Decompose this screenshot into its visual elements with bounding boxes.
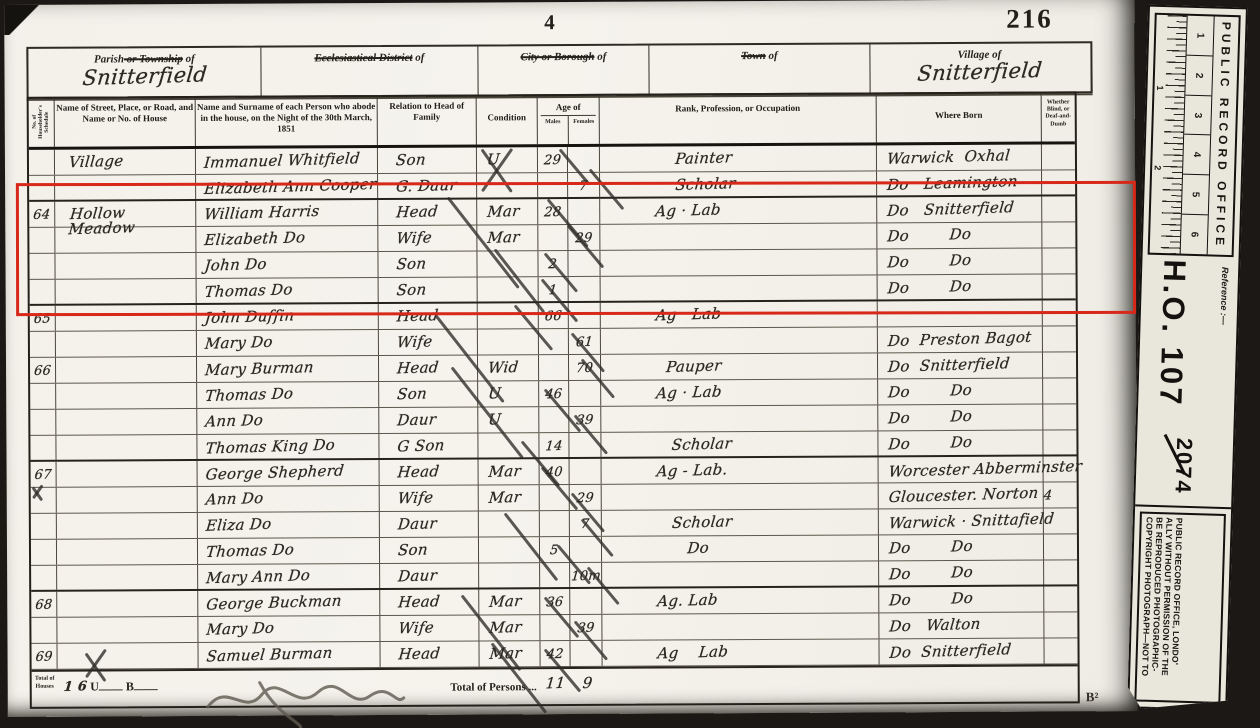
cell-age_f (570, 589, 602, 614)
cell-name: Eliza Do (198, 512, 380, 538)
page-number-right: 216 (1006, 3, 1053, 34)
cell-blind (1044, 534, 1077, 559)
cell-street (56, 331, 197, 357)
total-houses-value: 1 6 U B (64, 679, 158, 694)
cell-blind (1043, 352, 1076, 377)
uninhabited-label: U (90, 679, 99, 693)
cell-born: Do Snitterfield (878, 353, 1043, 379)
cell-occupation: Pauper (601, 353, 878, 379)
cell-born: Do Do (879, 587, 1044, 613)
cell-street (57, 461, 198, 487)
cell-relation: Wife (380, 485, 479, 511)
reference-label: Reference :— (1219, 267, 1231, 325)
reference-section: Reference :— H.O. 107 2074 (1135, 254, 1238, 509)
cell-schedule (31, 540, 57, 565)
age-of-label: Age of (541, 102, 596, 116)
cell-age_m: 14 (539, 433, 569, 457)
form-header-label: City or Borough of (478, 46, 648, 64)
form-header-cell: Village ofSnitterfield (870, 43, 1088, 92)
cell-street (57, 487, 198, 513)
cell-blind (1043, 326, 1076, 351)
age-males-label: Males (538, 116, 569, 144)
pencil-scrawl (200, 672, 410, 728)
copyright-stamp: COPYRIGHT PHOTOGRAPH—NOT TOBE REPRODUCED… (1134, 512, 1226, 704)
cell-name: Ann Do (197, 408, 379, 434)
cell-schedule: 67 (31, 462, 57, 487)
ruler-cell: 3 (1184, 95, 1211, 136)
cell-age_m (540, 511, 570, 536)
cell-name: Thomas Do (197, 382, 379, 408)
cell-schedule (30, 436, 56, 460)
cell-name: Immanuel Whitfield (196, 148, 378, 174)
cell-schedule: 66 (30, 358, 56, 383)
column-header-condition: Condition (477, 96, 538, 144)
cell-blind (1044, 560, 1077, 584)
cell-relation: Son (380, 537, 479, 563)
cell-occupation (602, 561, 879, 586)
column-header-blind: Whether Blind, or Deaf-and-Dumb (1042, 93, 1075, 141)
photo-corner-shadow (4, 5, 44, 35)
cell-schedule (31, 618, 57, 643)
cell-age_f (570, 641, 602, 666)
column-header-age: Age of Males Females (538, 96, 600, 144)
form-header-label: Ecclesiastical District of (261, 46, 477, 64)
cell-schedule (31, 514, 57, 539)
cell-born: Worcester Abberminster (879, 457, 1044, 483)
ruler-cell: 1 (1187, 16, 1214, 57)
form-header-cell: Town of (649, 44, 870, 93)
cell-occupation (602, 613, 879, 639)
cell-name: Mary Do (197, 330, 379, 356)
cell-relation: Head (380, 589, 479, 615)
column-header-relation: Relation to Head of Family (378, 96, 477, 145)
cell-blind: 4 (1044, 482, 1077, 507)
table-footer-row: Total of Houses 1 6 U B Total of Persons… (32, 664, 1078, 712)
cell-occupation (601, 327, 878, 353)
cell-blind (1043, 378, 1076, 403)
cell-street (57, 565, 198, 590)
cell-condition (479, 511, 540, 536)
cell-schedule (31, 566, 57, 590)
cell-relation: Head (380, 459, 479, 485)
census-page: 4 216 Parish or Township ofSnitterfieldE… (4, 0, 1138, 717)
cell-occupation (602, 483, 879, 509)
cell-street (56, 435, 197, 460)
cell-relation: Wife (380, 615, 479, 641)
pro-reference-strip: 12 123456 PUBLIC RECORD OFFICE Reference… (1127, 5, 1248, 712)
cell-blind (1043, 404, 1076, 429)
cell-condition (479, 563, 540, 587)
column-header-street: Name of Street, Place, or Road, and Name… (55, 98, 196, 147)
cell-condition (479, 537, 540, 562)
cell-blind (1043, 430, 1076, 454)
cell-relation: Daur (380, 511, 479, 537)
cell-occupation (601, 405, 878, 431)
form-header-value: Snitterfield (81, 64, 208, 89)
cell-age_f (570, 459, 602, 484)
cell-name: Mary Ann Do (198, 564, 380, 589)
highlight-box (16, 181, 1136, 316)
cell-born: Do Do (878, 431, 1043, 456)
form-header: Parish or Township ofSnitterfieldEcclesi… (26, 41, 1092, 99)
cell-schedule (30, 384, 56, 409)
form-header-cell: City or Borough of (478, 46, 649, 95)
inch-number: 1 (1155, 85, 1165, 90)
total-persons-males: 11 (541, 675, 571, 693)
cell-condition: Mar (479, 485, 540, 510)
cell-born: Do Walton (879, 613, 1044, 639)
cell-born: Do Do (878, 405, 1043, 431)
inch-number: 2 (1153, 165, 1163, 170)
ruler-cell: 2 (1185, 56, 1212, 97)
cell-blind (1044, 586, 1077, 611)
cell-street (56, 383, 197, 409)
cell-occupation: Scholar (601, 431, 878, 456)
cell-relation: Son (378, 147, 477, 173)
cell-street (57, 617, 198, 643)
form-header-label: Town of (649, 44, 869, 62)
cell-occupation: Scholar (602, 509, 879, 535)
page-corner-mark: B² (1086, 689, 1099, 705)
cell-name: Mary Burman (197, 356, 379, 382)
cell-schedule (29, 150, 55, 175)
ruler: 12 123456 PUBLIC RECORD OFFICE (1148, 13, 1241, 257)
cell-born: Gloucester. Norton (879, 483, 1044, 509)
cell-street (57, 643, 198, 669)
cell-occupation: Painter (600, 145, 877, 171)
ruler-cell: 4 (1183, 135, 1210, 176)
form-header-label: Parish or Township of (28, 48, 260, 66)
cell-age_m: 5 (540, 537, 570, 562)
cell-born: Warwick · Snittafield (879, 509, 1044, 535)
cell-schedule (30, 410, 56, 435)
column-header-occupation: Rank, Profession, or Occupation (600, 94, 877, 143)
cell-born: Do Snitterfield (879, 639, 1044, 665)
reference-value: H.O. 107 (1152, 259, 1192, 408)
cell-born: Do Preston Bagot (878, 327, 1043, 353)
cell-name: Ann Do (198, 486, 380, 512)
cell-street (56, 357, 197, 383)
cell-street (56, 409, 197, 435)
cell-occupation: Do (602, 535, 879, 561)
cell-born: Do Do (879, 561, 1044, 586)
cell-born: Warwick Oxhal (877, 145, 1042, 171)
cell-occupation: Ag Lab (602, 639, 879, 665)
cell-age_f (569, 381, 601, 406)
cell-blind (1044, 638, 1077, 663)
cell-age_m (539, 355, 569, 380)
cell-name: Mary Do (198, 616, 380, 642)
cell-relation: Head (379, 355, 478, 381)
cell-age_f (570, 537, 602, 562)
cell-street (57, 539, 198, 565)
age-females-label: Females (569, 116, 599, 145)
blank-rule (99, 679, 123, 690)
cell-condition: Mar (479, 589, 540, 614)
total-persons-label: Total of Persons ... (312, 681, 537, 694)
cell-blind (1044, 612, 1077, 637)
form-header-cell: Parish or Township ofSnitterfield (28, 48, 261, 97)
cell-name: Thomas King Do (197, 434, 379, 459)
cell-occupation: Ag · Lab (601, 379, 878, 405)
cell-born: Do Do (878, 379, 1043, 405)
piece-number: 2074 (1170, 437, 1198, 495)
cell-condition (478, 329, 539, 354)
form-header-cell: Ecclesiastical District of (261, 46, 478, 95)
houses-count: 1 6 (63, 680, 88, 694)
cell-street: Village (55, 149, 196, 175)
cell-condition: Mar (479, 459, 540, 484)
cell-name: George Shepherd (198, 460, 380, 486)
cell-age_f (568, 147, 600, 172)
cell-condition: U (478, 381, 539, 406)
cell-blind (1042, 144, 1075, 169)
cell-street (57, 591, 198, 617)
cell-occupation: Ag. Lab (602, 587, 879, 613)
ruler-cell: 6 (1181, 215, 1208, 255)
building-label: B (126, 679, 134, 693)
ruler-cell: 5 (1182, 175, 1209, 216)
cell-condition: Wid (478, 355, 539, 380)
cell-schedule (30, 332, 56, 357)
column-header-name: Name and Surname of each Person who abod… (196, 97, 378, 146)
form-header-value: Snitterfield (916, 60, 1043, 85)
cell-age_f (569, 433, 601, 457)
cell-name: Thomas Do (198, 538, 380, 564)
table-header-row: No. of Householder's Schedule Name of St… (29, 93, 1075, 149)
cell-street (57, 513, 198, 539)
cell-occupation: Ag - Lab. (602, 457, 879, 483)
cell-age_m (540, 615, 570, 640)
cell-relation: Head (380, 641, 479, 667)
cell-relation: Son (379, 381, 478, 407)
cell-relation: Daur (380, 563, 479, 588)
cell-name: George Buckman (198, 590, 380, 616)
cell-schedule: 69 (31, 644, 57, 669)
cell-born: Do Do (879, 535, 1044, 561)
column-header-schedule: No. of Householder's Schedule (29, 99, 55, 147)
form-header-label: Village of (870, 43, 1088, 61)
census-scan: 4 216 Parish or Township ofSnitterfieldE… (0, 0, 1260, 728)
cell-name: Samuel Burman (198, 642, 380, 668)
cell-schedule: 68 (31, 592, 57, 617)
cell-relation: Daur (379, 407, 478, 433)
total-houses-label: Total of Houses (32, 676, 58, 692)
column-header-born: Where Born (877, 94, 1042, 143)
page-number-left: 4 (544, 10, 555, 35)
blank-rule (134, 679, 158, 690)
cell-relation: G Son (379, 433, 478, 458)
